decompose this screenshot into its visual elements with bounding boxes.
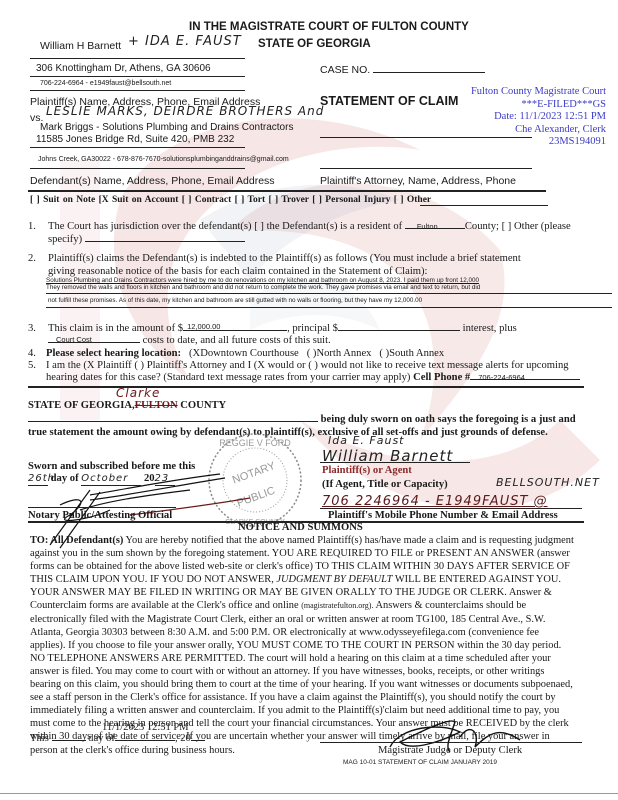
defendant-address: 11585 Jones Bridge Rd, Suite 420, PMB 23… <box>36 134 234 145</box>
other-specify-field[interactable] <box>85 241 245 242</box>
claim-line-1: Solutions Plumbing and Drains Contractor… <box>46 277 479 284</box>
efile-stamp: Fulton County Magistrate Court ***E-FILE… <box>471 86 606 149</box>
radio-south-annex[interactable]: ( )South Annex <box>379 348 444 359</box>
hearing-location-label: Please select hearing location: <box>46 348 181 359</box>
item1-text-b: County; [ ] Other (please <box>465 221 571 232</box>
item3-text-c: interest, plus <box>463 323 517 334</box>
stamp-line: Che Alexander, Clerk <box>471 124 606 137</box>
cell-label: Cell Phone # <box>413 372 470 383</box>
costs-value: Court Cost <box>56 333 92 346</box>
state-label: STATE OF GEORGIA, <box>28 400 135 411</box>
notice-to-label: TO: All Defendant(s) <box>30 535 123 546</box>
notice-website[interactable]: (magistratefulton.org). <box>301 601 373 610</box>
radio-south-label: South Annex <box>389 348 444 359</box>
footer-day-of: day of <box>88 733 115 744</box>
item1-text: The Court has jurisdiction over the defe… <box>48 220 571 233</box>
item3-line2: Court Cost costs to date, and all future… <box>48 334 331 347</box>
cell-phone-field[interactable]: 706-224-6964 <box>470 379 580 380</box>
stamp-line: Date: 11/1/2023 12:51 PM <box>471 111 606 124</box>
footer-month-field[interactable] <box>115 740 175 741</box>
notice-default-italic: JUDGMENT BY DEFAULT <box>276 574 392 585</box>
cell-phone-value: 706-224-6964 <box>478 371 525 384</box>
affiant-name-field[interactable] <box>28 421 318 422</box>
principal-field[interactable] <box>338 330 460 331</box>
defendant-label: Defendant(s) Name, Address, Phone, Email… <box>30 175 275 187</box>
costs-field[interactable]: Court Cost <box>48 342 140 343</box>
item3-num: 3. <box>28 322 36 335</box>
handwritten-email-domain: BELLSOUTH.NET <box>496 476 600 489</box>
handwritten-phone-email: 706 2246964 - E1949FAUST @ <box>322 494 548 509</box>
judge-label: Magistrate Judge or Deputy Clerk <box>378 744 522 757</box>
agent-capacity-label: (If Agent, Title or Capacity) <box>322 478 448 491</box>
item3-text-b: , principal $ <box>287 323 338 334</box>
county-struck: FULTON <box>135 400 178 411</box>
county-handwritten: Clarke <box>116 386 160 400</box>
sworn-text: being duly sworn on oath says the forego… <box>321 414 576 425</box>
stamp-line: Fulton County Magistrate Court <box>471 86 606 99</box>
footer-date-stamp: 11/1/2023 12:51 PM <box>102 722 189 733</box>
footer-date-line: This day of, 20 <box>30 732 205 745</box>
case-no-field[interactable] <box>373 72 485 73</box>
county-value: Fulton <box>417 220 438 233</box>
county-label: COUNTY <box>180 400 226 411</box>
court-title: IN THE MAGISTRATE COURT OF FULTON COUNTY <box>189 21 469 33</box>
defendant-name: Mark Briggs - Solutions Plumbing and Dra… <box>40 122 293 133</box>
item5-text-b: hearing dates for this case? (Standard t… <box>46 372 410 383</box>
amount-field[interactable]: 12,000.00 <box>183 330 287 331</box>
radio-north-annex[interactable]: ( )North Annex <box>307 348 372 359</box>
item1-specify: specify) <box>48 233 245 246</box>
case-no-label: CASE NO. <box>320 64 485 76</box>
item1-text-a: The Court has jurisdiction over the defe… <box>48 221 402 232</box>
claim-line-3: not fulfill these promises. As of this d… <box>48 297 422 304</box>
item5-num: 5. <box>28 359 36 372</box>
form-id: MAG 10-01 STATEMENT OF CLAIM JANUARY 201… <box>343 759 497 766</box>
signature-ida: Ida E. Faust <box>328 434 405 447</box>
item2-text: Plaintiff(s) claims the Defendant(s) is … <box>48 252 548 278</box>
claim-line-2: They removed the walls and floors in kit… <box>46 284 480 291</box>
oath-state-line: STATE OF GEORGIA,FULTON COUNTY <box>28 399 226 412</box>
plaintiff-name: William H Barnett <box>40 40 121 52</box>
item1-text-c: specify) <box>48 234 82 245</box>
footer-day-field[interactable] <box>52 740 86 741</box>
stamp-line: ***E-FILED***GS <box>471 99 606 112</box>
footer-year-prefix: , 20 <box>175 733 191 744</box>
seal-name: REGGIE V FORD <box>219 438 291 448</box>
plaintiff-address: 306 Knottingham Dr, Athens, GA 30606 <box>36 63 211 74</box>
item1-num: 1. <box>28 220 36 233</box>
state-title: STATE OF GEORGIA <box>258 38 371 50</box>
plaintiff-agent-label: Plaintiff(s) or Agent <box>322 464 412 477</box>
defendant-handwritten-names: LESLIE MARKS, DEIRDRE BROTHERS And <box>46 104 324 118</box>
item2-num: 2. <box>28 252 36 265</box>
radio-downtown-label: Downtown Courthouse <box>200 348 299 359</box>
footer-year-field[interactable] <box>191 740 205 741</box>
case-no-text: CASE NO. <box>320 64 370 76</box>
radio-downtown[interactable]: (XDowntown Courthouse <box>189 348 299 359</box>
radio-north-label: North Annex <box>316 348 371 359</box>
county-field[interactable]: Fulton <box>405 228 465 229</box>
plaintiff-name-handwritten: + IDA E. FAUST <box>128 34 242 49</box>
sworn-line: being duly sworn on oath says the forego… <box>28 413 576 426</box>
item5-line2: hearing dates for this case? (Standard t… <box>46 371 580 384</box>
notice-title: NOTICE AND SUMMONS <box>238 521 363 534</box>
suit-type-checkboxes[interactable]: [ ] Suit on Note [X Suit on Account [ ] … <box>30 195 431 205</box>
form-title: STATEMENT OF CLAIM <box>320 94 458 108</box>
plaintiff-contact: 706-224-6964 - e1949faust@bellsouth.net <box>40 80 171 87</box>
defendant-contact: Johns Creek, GA30022 - 678-876-7670-solu… <box>38 156 289 163</box>
attorney-label: Plaintiff's Attorney, Name, Address, Pho… <box>320 175 516 187</box>
amount-value: 12,000.00 <box>187 320 220 333</box>
this-label: This <box>30 733 49 744</box>
item3-text-d: costs to date, and all future costs of t… <box>143 335 331 346</box>
